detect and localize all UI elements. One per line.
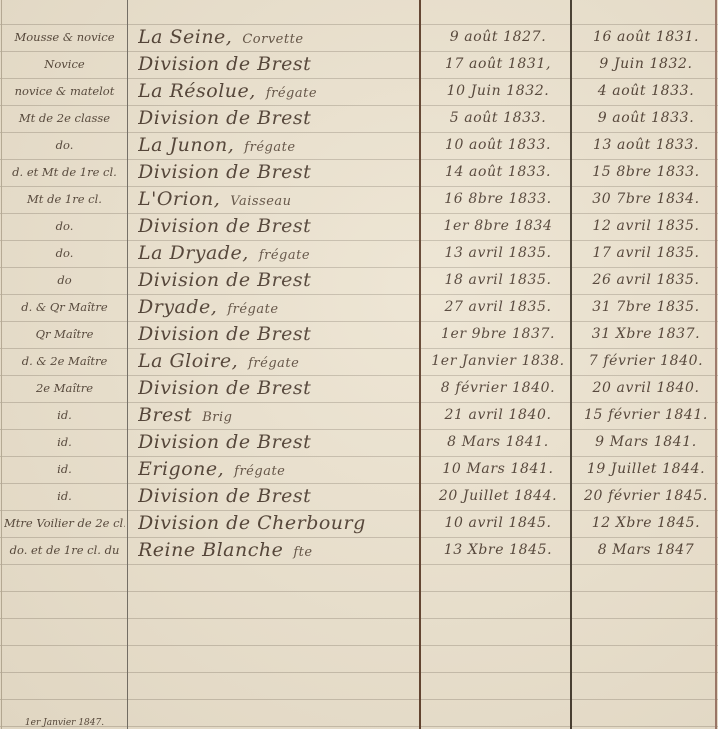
ship-name: Brest xyxy=(138,404,192,426)
rank-cell: 2e Maître xyxy=(4,375,125,402)
ship-name: Division de Brest xyxy=(138,53,311,75)
ship-name: Dryade, xyxy=(138,296,217,318)
ship-name: Reine Blanche xyxy=(138,539,283,561)
rank-cell: Qr Maître xyxy=(4,321,125,348)
ship-cell: Division de Brest xyxy=(138,159,416,186)
rank-cell: do xyxy=(4,267,125,294)
table-row: 2e Maître Division de Brest 8 février 18… xyxy=(0,375,718,402)
ship-name: Division de Brest xyxy=(138,377,311,399)
ship-cell: La Gloire,frégate xyxy=(138,348,416,375)
ship-type: frégate xyxy=(259,248,310,263)
from-date-cell: 21 avril 1840. xyxy=(428,402,568,429)
rank-cell: Mt de 1re cl. xyxy=(4,186,125,213)
from-date-cell: 18 avril 1835. xyxy=(428,267,568,294)
ship-name: Division de Brest xyxy=(138,269,311,291)
rank-cell: id. xyxy=(4,402,125,429)
to-date-cell: 17 avril 1835. xyxy=(578,240,714,267)
ship-cell: Division de Brest xyxy=(138,375,416,402)
rank-cell: do. xyxy=(4,132,125,159)
from-date-cell: 5 août 1833. xyxy=(428,105,568,132)
ship-cell: Division de Brest xyxy=(138,267,416,294)
ship-cell: Division de Cherbourg xyxy=(138,510,416,537)
to-date-cell: 15 février 1841. xyxy=(578,402,714,429)
ship-cell: Division de Brest xyxy=(138,213,416,240)
ship-cell: BrestBrig xyxy=(138,402,416,429)
table-row: id. BrestBrig 21 avril 1840. 15 février … xyxy=(0,402,718,429)
to-date-cell: 9 Juin 1832. xyxy=(578,51,714,78)
rank-cell: id. xyxy=(4,429,125,456)
ship-cell: La Dryade,frégate xyxy=(138,240,416,267)
rank-cell: novice & matelot xyxy=(4,78,125,105)
to-date-cell: 30 7bre 1834. xyxy=(578,186,714,213)
ship-name: Division de Brest xyxy=(138,107,311,129)
ship-cell: Division de Brest xyxy=(138,483,416,510)
rank-cell: do. et de 1re cl. du xyxy=(4,537,125,564)
ship-cell: Division de Brest xyxy=(138,429,416,456)
to-date-cell: 9 Mars 1841. xyxy=(578,429,714,456)
ship-name: Erigone, xyxy=(138,458,224,480)
table-row: d. & 2e Maître La Gloire,frégate 1er Jan… xyxy=(0,348,718,375)
from-date-cell: 27 avril 1835. xyxy=(428,294,568,321)
to-date-cell: 20 avril 1840. xyxy=(578,375,714,402)
from-date-cell: 13 avril 1835. xyxy=(428,240,568,267)
ship-name: Division de Brest xyxy=(138,161,311,183)
rank-cell: d. et Mt de 1re cl. xyxy=(4,159,125,186)
table-row: d. & Qr Maître Dryade,frégate 27 avril 1… xyxy=(0,294,718,321)
ship-type: Vaisseau xyxy=(230,194,291,209)
ship-cell: La Résolue,frégate xyxy=(138,78,416,105)
ship-cell: La Junon,frégate xyxy=(138,132,416,159)
table-row: id. Division de Brest 8 Mars 1841. 9 Mar… xyxy=(0,429,718,456)
from-date-cell: 10 avril 1845. xyxy=(428,510,568,537)
from-date-cell: 1er 9bre 1837. xyxy=(428,321,568,348)
ship-cell: Division de Brest xyxy=(138,321,416,348)
rank-footnote: 1er Janvier 1847. xyxy=(4,718,125,728)
ship-cell: La Seine,Corvette xyxy=(138,24,416,51)
ship-cell: Division de Brest xyxy=(138,51,416,78)
to-date-cell: 31 Xbre 1837. xyxy=(578,321,714,348)
ship-type: frégate xyxy=(244,140,295,155)
register-page: Mousse & novice La Seine,Corvette 9 août… xyxy=(0,0,718,729)
rank-cell: d. & 2e Maître xyxy=(4,348,125,375)
table-row: novice & matelot La Résolue,frégate 10 J… xyxy=(0,78,718,105)
from-date-cell: 16 8bre 1833. xyxy=(428,186,568,213)
to-date-cell: 13 août 1833. xyxy=(578,132,714,159)
table-row: Mousse & novice La Seine,Corvette 9 août… xyxy=(0,24,718,51)
table-row: do. Division de Brest 1er 8bre 1834 12 a… xyxy=(0,213,718,240)
ship-type: Brig xyxy=(202,410,232,425)
ship-cell: Reine Blanchefte xyxy=(138,537,416,564)
from-date-cell: 1er Janvier 1838. xyxy=(428,348,568,375)
from-date-cell: 9 août 1827. xyxy=(428,24,568,51)
from-date-cell: 17 août 1831, xyxy=(428,51,568,78)
to-date-cell: 12 Xbre 1845. xyxy=(578,510,714,537)
ship-name: Division de Brest xyxy=(138,215,311,237)
table-row: Mt de 1re cl. L'Orion,Vaisseau 16 8bre 1… xyxy=(0,186,718,213)
rank-cell: Mtre Voilier de 2e cl. xyxy=(4,510,125,537)
ship-type: fte xyxy=(293,545,312,560)
rank-cell: do. xyxy=(4,213,125,240)
to-date-cell: 7 février 1840. xyxy=(578,348,714,375)
to-date-cell: 26 avril 1835. xyxy=(578,267,714,294)
ship-name: Division de Brest xyxy=(138,485,311,507)
ship-cell: Erigone,frégate xyxy=(138,456,416,483)
rank-cell: d. & Qr Maître xyxy=(4,294,125,321)
rank-cell: Mousse & novice xyxy=(4,24,125,51)
ship-type: frégate xyxy=(266,86,317,101)
table-row: Qr Maître Division de Brest 1er 9bre 183… xyxy=(0,321,718,348)
ship-type: frégate xyxy=(227,302,278,317)
ship-name: Division de Cherbourg xyxy=(138,512,366,534)
from-date-cell: 13 Xbre 1845. xyxy=(428,537,568,564)
rank-cell: Mt de 2e classe xyxy=(4,105,125,132)
ship-name: L'Orion, xyxy=(138,188,220,210)
ship-cell: Dryade,frégate xyxy=(138,294,416,321)
to-date-cell: 19 Juillet 1844. xyxy=(578,456,714,483)
table-row: do. La Junon,frégate 10 août 1833. 13 ao… xyxy=(0,132,718,159)
to-date-cell: 4 août 1833. xyxy=(578,78,714,105)
ship-name: La Junon, xyxy=(138,134,234,156)
from-date-cell: 10 Mars 1841. xyxy=(428,456,568,483)
table-row: do. et de 1re cl. du Reine Blanchefte 13… xyxy=(0,537,718,564)
table-row: Mtre Voilier de 2e cl. Division de Cherb… xyxy=(0,510,718,537)
from-date-cell: 10 Juin 1832. xyxy=(428,78,568,105)
rank-cell: do. xyxy=(4,240,125,267)
to-date-cell: 31 7bre 1835. xyxy=(578,294,714,321)
ship-name: La Seine, xyxy=(138,26,232,48)
from-date-cell: 20 Juillet 1844. xyxy=(428,483,568,510)
to-date-cell: 16 août 1831. xyxy=(578,24,714,51)
ship-name: Division de Brest xyxy=(138,323,311,345)
from-date-cell: 8 Mars 1841. xyxy=(428,429,568,456)
to-date-cell: 20 février 1845. xyxy=(578,483,714,510)
table-row: do Division de Brest 18 avril 1835. 26 a… xyxy=(0,267,718,294)
ship-cell: Division de Brest xyxy=(138,105,416,132)
ship-type: frégate xyxy=(248,356,299,371)
rank-cell: id. xyxy=(4,483,125,510)
to-date-cell: 8 Mars 1847 xyxy=(578,537,714,564)
table-row: d. et Mt de 1re cl. Division de Brest 14… xyxy=(0,159,718,186)
ship-name: Division de Brest xyxy=(138,431,311,453)
ship-name: La Résolue, xyxy=(138,80,256,102)
to-date-cell: 12 avril 1835. xyxy=(578,213,714,240)
table-row: Mt de 2e classe Division de Brest 5 août… xyxy=(0,105,718,132)
ship-cell: L'Orion,Vaisseau xyxy=(138,186,416,213)
table-row: do. La Dryade,frégate 13 avril 1835. 17 … xyxy=(0,240,718,267)
from-date-cell: 1er 8bre 1834 xyxy=(428,213,568,240)
ship-type: Corvette xyxy=(242,32,303,47)
ship-name: La Dryade, xyxy=(138,242,249,264)
table-row: id. Erigone,frégate 10 Mars 1841. 19 Jui… xyxy=(0,456,718,483)
ship-name: La Gloire, xyxy=(138,350,238,372)
from-date-cell: 14 août 1833. xyxy=(428,159,568,186)
to-date-cell: 15 8bre 1833. xyxy=(578,159,714,186)
from-date-cell: 8 février 1840. xyxy=(428,375,568,402)
table-row: id. Division de Brest 20 Juillet 1844. 2… xyxy=(0,483,718,510)
rank-cell: Novice xyxy=(4,51,125,78)
from-date-cell: 10 août 1833. xyxy=(428,132,568,159)
to-date-cell: 9 août 1833. xyxy=(578,105,714,132)
table-row: Novice Division de Brest 17 août 1831, 9… xyxy=(0,51,718,78)
service-record-table: Mousse & novice La Seine,Corvette 9 août… xyxy=(0,24,718,564)
ship-type: frégate xyxy=(234,464,285,479)
rank-cell: id. xyxy=(4,456,125,483)
